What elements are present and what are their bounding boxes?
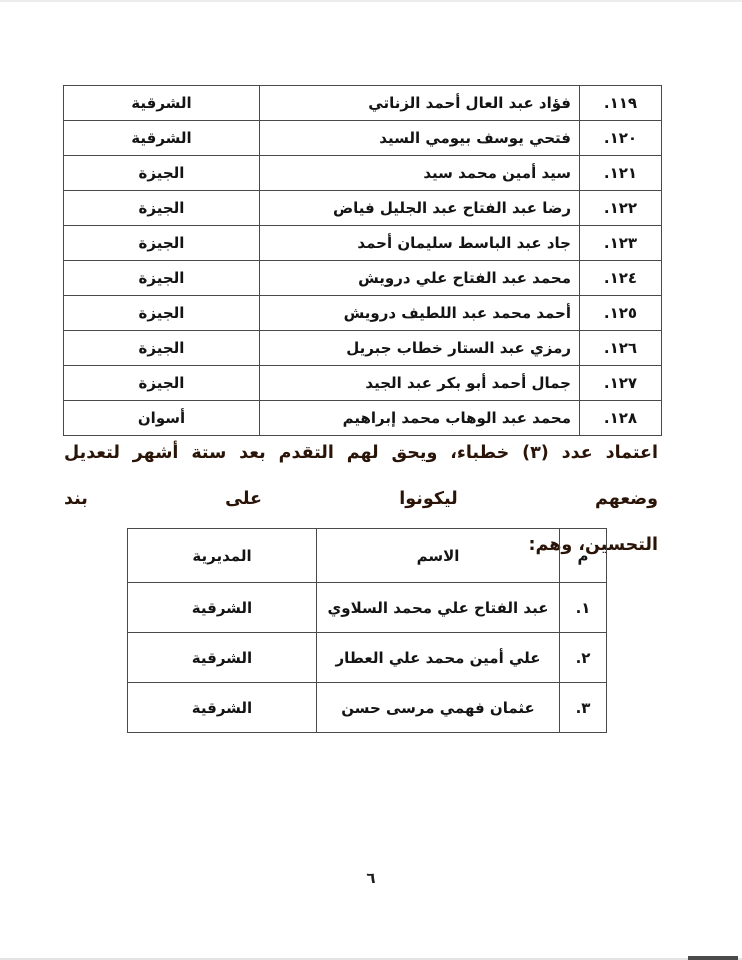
paragraph-line-1: اعتماد عدد (٣) خطباء، ويحق لهم التقدم بع… [64, 430, 658, 522]
table-row: ١٢٤. محمد عبد الفتاح علي درويش الجيزة [64, 261, 662, 296]
governorate-cell: الجيزة [64, 261, 260, 296]
row-number-cell: ١٢٠. [580, 121, 662, 156]
name-cell: عبد الفتاح علي محمد السلاوي [317, 583, 560, 633]
name-cell: سيد أمين محمد سيد [260, 156, 580, 191]
name-cell: رمزي عبد الستار خطاب جبريل [260, 331, 580, 366]
row-number-cell: ١٢٤. [580, 261, 662, 296]
directorate-cell: الشرقية [128, 583, 317, 633]
page-number: ٦ [0, 869, 742, 887]
row-number-cell: ١٢٣. [580, 226, 662, 261]
table-row: ١٢٥. أحمد محمد عبد اللطيف درويش الجيزة [64, 296, 662, 331]
governorate-cell: الجيزة [64, 331, 260, 366]
header-name: الاسم [317, 529, 560, 583]
governorate-cell: الجيزة [64, 156, 260, 191]
directorate-cell: الشرقية [128, 633, 317, 683]
governorate-cell: الجيزة [64, 226, 260, 261]
table-row: ١٢٢. رضا عبد الفتاح عبد الجليل فياض الجي… [64, 191, 662, 226]
name-cell: جاد عبد الباسط سليمان أحمد [260, 226, 580, 261]
table-row: ٣. عثمان فهمي مرسى حسن الشرقية [128, 683, 607, 733]
preachers-table: ١١٩. فؤاد عبد العال أحمد الزناتي الشرقية… [63, 85, 662, 436]
table-row: ١١٩. فؤاد عبد العال أحمد الزناتي الشرقية [64, 86, 662, 121]
row-number-cell: ١٢٢. [580, 191, 662, 226]
row-number-cell: ١٢٥. [580, 296, 662, 331]
name-cell: فؤاد عبد العال أحمد الزناتي [260, 86, 580, 121]
table-row: ١٢٧. جمال أحمد أبو بكر عبد الجيد الجيزة [64, 366, 662, 401]
governorate-cell: الشرقية [64, 86, 260, 121]
name-cell: فتحي يوسف بيومي السيد [260, 121, 580, 156]
governorate-cell: الجيزة [64, 296, 260, 331]
table-row: ١٢٣. جاد عبد الباسط سليمان أحمد الجيزة [64, 226, 662, 261]
governorate-cell: الشرقية [64, 121, 260, 156]
table-row: ١٢٠. فتحي يوسف بيومي السيد الشرقية [64, 121, 662, 156]
row-number-cell: ١. [560, 583, 607, 633]
row-number-cell: ٣. [560, 683, 607, 733]
header-directorate: المديرية [128, 529, 317, 583]
row-number-cell: ١٢٦. [580, 331, 662, 366]
name-cell: جمال أحمد أبو بكر عبد الجيد [260, 366, 580, 401]
table-row: ٢. علي أمين محمد علي العطار الشرقية [128, 633, 607, 683]
table-row: ١. عبد الفتاح علي محمد السلاوي الشرقية [128, 583, 607, 633]
governorate-cell: الجيزة [64, 366, 260, 401]
row-number-cell: ١٢٧. [580, 366, 662, 401]
name-cell: علي أمين محمد علي العطار [317, 633, 560, 683]
table-row: ١٢٦. رمزي عبد الستار خطاب جبريل الجيزة [64, 331, 662, 366]
name-cell: رضا عبد الفتاح عبد الجليل فياض [260, 191, 580, 226]
row-number-cell: ١١٩. [580, 86, 662, 121]
governorate-cell: الجيزة [64, 191, 260, 226]
scan-edge-top-artifact [0, 0, 742, 2]
row-number-cell: ١٢١. [580, 156, 662, 191]
name-cell: أحمد محمد عبد اللطيف درويش [260, 296, 580, 331]
name-cell: محمد عبد الفتاح علي درويش [260, 261, 580, 296]
table-row: ١٢١. سيد أمين محمد سيد الجيزة [64, 156, 662, 191]
table-header-row: م الاسم المديرية [128, 529, 607, 583]
header-number: م [560, 529, 607, 583]
improvement-list-table: م الاسم المديرية ١. عبد الفتاح علي محمد … [127, 528, 607, 733]
scan-corner-artifact [688, 956, 738, 960]
row-number-cell: ٢. [560, 633, 607, 683]
directorate-cell: الشرقية [128, 683, 317, 733]
name-cell: عثمان فهمي مرسى حسن [317, 683, 560, 733]
document-page: ١١٩. فؤاد عبد العال أحمد الزناتي الشرقية… [0, 0, 742, 960]
